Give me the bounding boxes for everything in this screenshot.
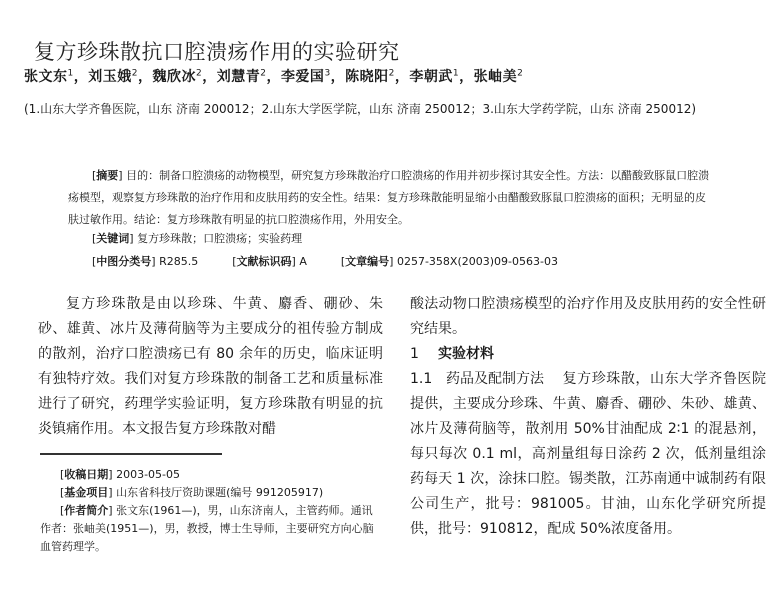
author-name: 张文东 <box>24 69 68 85</box>
keywords-label: 关键词 <box>96 232 129 245</box>
bracket: ] <box>129 232 133 245</box>
classification-line: [中图分类号] R285.5[文献标识码] A[文章编号] 0257-358X(… <box>92 253 558 269</box>
footnote-author: [作者简介] 张文东(1961—)，男，山东济南人，主管药师。通讯作者：张岫美(… <box>40 502 380 556</box>
bracket: ] <box>292 255 296 268</box>
bracket: ] <box>108 486 112 499</box>
bracket: ] <box>151 255 155 268</box>
separator: ， <box>266 69 281 85</box>
author-name: 张岫美 <box>474 69 518 85</box>
article-no-label: 文章编号 <box>345 255 389 268</box>
author-name: 刘玉娥 <box>88 69 132 85</box>
clc-value: R285.5 <box>159 255 198 268</box>
author-name: 魏欣冰 <box>152 69 196 85</box>
doc-code-label: 文献标识码 <box>237 255 292 268</box>
received-date: 2003-05-05 <box>116 468 180 481</box>
abstract-label: 摘要 <box>96 169 118 182</box>
author-name: 陈晓阳 <box>345 69 389 85</box>
bracket: ] <box>118 169 122 182</box>
body-right-column: 酸法动物口腔溃疡模型的治疗作用及皮肤用药的安全性研究结果。 1实验材料 1.1药… <box>410 292 766 542</box>
section-number: 1 <box>410 342 438 367</box>
intro-paragraph: 复方珍珠散是由以珍珠、牛黄、麝香、硼砂、朱砂、雄黄、冰片及薄荷脑等为主要成分的祖… <box>38 292 383 442</box>
author-name: 李朝武 <box>409 69 453 85</box>
intro-paragraph-continued: 酸法动物口腔溃疡模型的治疗作用及皮肤用药的安全性研究结果。 <box>410 292 766 342</box>
subsection-number: 1.1 <box>410 367 446 392</box>
separator: ， <box>395 69 410 85</box>
separator: ， <box>331 69 346 85</box>
paper-title: 复方珍珠散抗口腔溃疡作用的实验研究 <box>34 36 400 66</box>
section-1-1: 1.1药品及配制方法复方珍珠散，山东大学齐鲁医院提供，主要成分珍珠、牛黄、麝香、… <box>410 367 766 542</box>
abstract-text: 目的：制备口腔溃疡的动物模型，研究复方珍珠散治疗口腔溃疡的作用并初步探讨其安全性… <box>68 169 709 226</box>
author-intro-label: 作者简介 <box>64 504 108 517</box>
subsection-title: 药品及配制方法 <box>446 367 562 392</box>
keywords: [关键词] 复方珍珠散；口腔溃疡；实验药理 <box>92 230 302 246</box>
article-no-value: 0257-358X(2003)09-0563-03 <box>397 255 558 268</box>
footnote-fund: [基金项目] 山东省科技厅资助课题(编号 991205917) <box>40 484 380 502</box>
footnote-divider <box>40 453 222 455</box>
keywords-text: 复方珍珠散；口腔溃疡；实验药理 <box>137 232 302 245</box>
clc-label: 中图分类号 <box>96 255 151 268</box>
fund-text: 山东省科技厅资助课题(编号 991205917) <box>116 486 323 499</box>
separator: ， <box>202 69 217 85</box>
footnote-received: [收稿日期] 2003-05-05 <box>40 466 380 484</box>
fund-label: 基金项目 <box>64 486 108 499</box>
separator: ， <box>459 69 474 85</box>
subsection-text: 复方珍珠散，山东大学齐鲁医院提供，主要成分珍珠、牛黄、麝香、硼砂、朱砂、雄黄、冰… <box>410 371 766 537</box>
footnotes: [收稿日期] 2003-05-05 [基金项目] 山东省科技厅资助课题(编号 9… <box>40 466 380 556</box>
body-left-column: 复方珍珠散是由以珍珠、牛黄、麝香、硼砂、朱砂、雄黄、冰片及薄荷脑等为主要成分的祖… <box>38 292 383 442</box>
section-title: 实验材料 <box>438 346 494 362</box>
separator: ， <box>74 69 89 85</box>
bracket: ] <box>108 468 112 481</box>
author-name: 李爱国 <box>281 69 325 85</box>
affiliations: (1.山东大学齐鲁医院，山东 济南 200012；2.山东大学医学院，山东 济南… <box>24 96 764 122</box>
author-name: 刘慧青 <box>217 69 261 85</box>
bracket: ] <box>108 504 112 517</box>
bracket: ] <box>389 255 393 268</box>
separator: ， <box>138 69 153 85</box>
abstract: [摘要] 目的：制备口腔溃疡的动物模型，研究复方珍珠散治疗口腔溃疡的作用并初步探… <box>68 165 716 231</box>
doc-code-value: A <box>299 255 307 268</box>
received-label: 收稿日期 <box>64 468 108 481</box>
section-heading-1: 1实验材料 <box>410 342 766 367</box>
author-list: 张文东1，刘玉娥2，魏欣冰2，刘慧青2，李爱国3，陈晓阳2，李朝武1，张岫美2 <box>24 66 523 86</box>
affiliation-mark: 2 <box>517 68 523 78</box>
